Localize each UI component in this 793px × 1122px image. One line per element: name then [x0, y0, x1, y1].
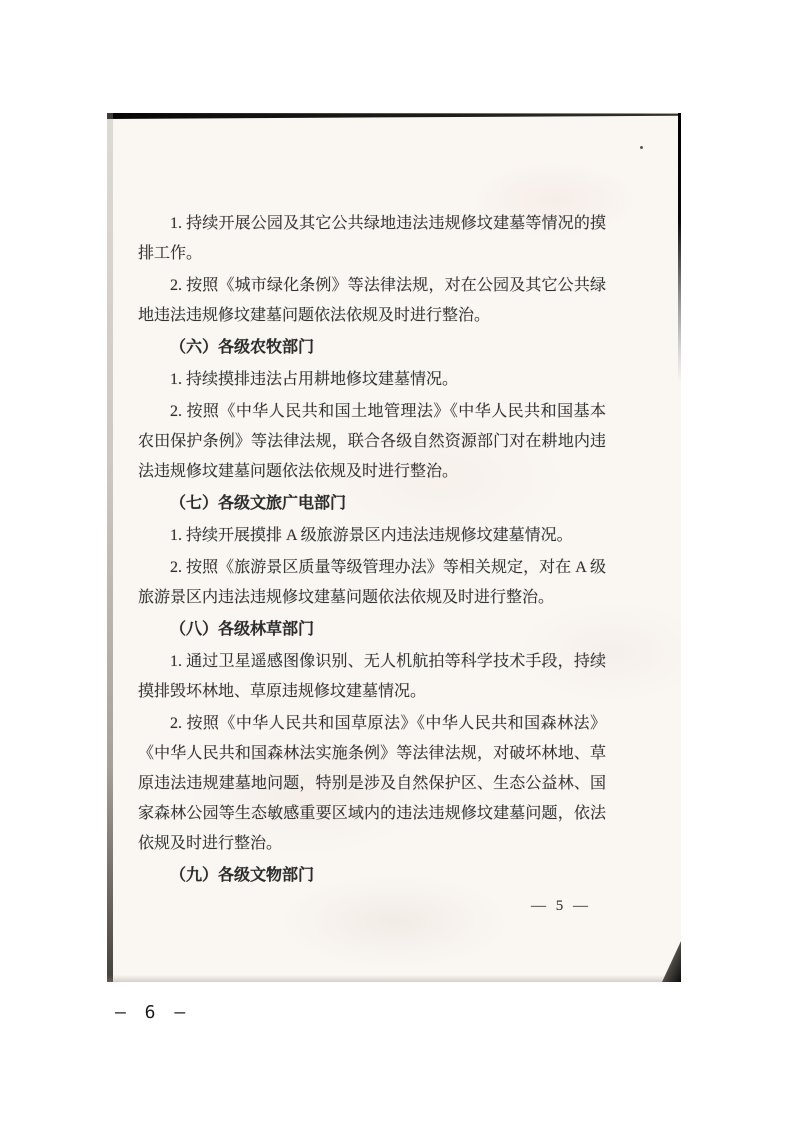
body-paragraph: 1. 持续开展公园及其它公共绿地违法违规修坟建墓等情况的摸排工作。	[138, 209, 606, 269]
body-paragraph: 2. 按照《中华人民共和国草原法》《中华人民共和国森林法》《中华人民共和国森林法…	[138, 709, 606, 859]
section-heading: （六）各级农牧部门	[138, 333, 606, 363]
section-heading: （九）各级文物部门	[138, 861, 606, 891]
body-paragraph: 2. 按照《旅游景区质量等级管理办法》等相关规定，对在 A 级旅游景区内违法违规…	[138, 553, 606, 613]
scan-left-gutter-shadow	[107, 113, 113, 982]
pdf-viewer-page: { "document": { "paper_color": "#faf7f3"…	[0, 0, 793, 1122]
scan-right-edge-artifact	[678, 113, 681, 383]
scan-dust-speck	[640, 146, 643, 149]
body-paragraph: 1. 持续开展摸排 A 级旅游景区内违法违规修坟建墓情况。	[138, 521, 606, 551]
section-heading: （七）各级文旅广电部门	[138, 489, 606, 519]
document-text-block: 1. 持续开展公园及其它公共绿地违法违规修坟建墓等情况的摸排工作。 2. 按照《…	[138, 209, 606, 893]
pdf-page-number: — 6 —	[115, 1002, 189, 1023]
scan-bottom-shadow	[107, 975, 681, 982]
body-paragraph: 2. 按照《中华人民共和国土地管理法》《中华人民共和国基本农田保护条例》等法律法…	[138, 397, 606, 487]
body-paragraph: 1. 通过卫星遥感图像识别、无人机航拍等科学技术手段，持续摸排毁坏林地、草原违规…	[138, 647, 606, 707]
body-paragraph: 2. 按照《城市绿化条例》等法律法规，对在公园及其它公共绿地违法违规修坟建墓问题…	[138, 271, 606, 331]
scan-page-number: — 5 —	[531, 898, 591, 915]
scanned-document-page: 1. 持续开展公园及其它公共绿地违法违规修坟建墓等情况的摸排工作。 2. 按照《…	[107, 113, 681, 982]
scan-top-edge-artifact	[107, 113, 681, 119]
body-paragraph: 1. 持续摸排违法占用耕地修坟建墓情况。	[138, 365, 606, 395]
section-heading: （八）各级林草部门	[138, 615, 606, 645]
